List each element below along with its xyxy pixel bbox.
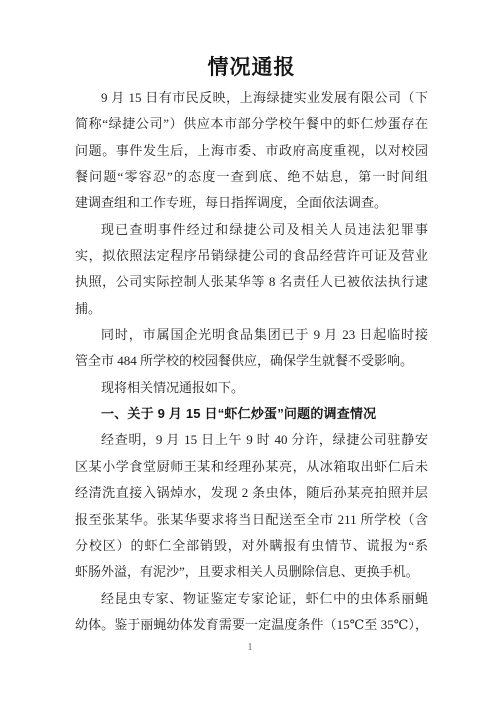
paragraph-line: 虾肠外溢，有泥沙”，且要求相关人员删除信息、更换手机。 bbox=[75, 559, 428, 585]
paragraph-line: 经昆虫专家、物证鉴定专家论证，虾仁中的虫体系丽蝇 bbox=[75, 586, 428, 612]
document-page: 情况通报 9 月 15 日有市民反映，上海绿捷实业发展有限公司（下 简称“绿捷公… bbox=[0, 0, 500, 707]
document-body: 情况通报 9 月 15 日有市民反映，上海绿捷实业发展有限公司（下 简称“绿捷公… bbox=[75, 49, 428, 638]
paragraph-line: 餐问题“零容忍”的态度一查到底、绝不姑息，第一时间组 bbox=[75, 164, 428, 190]
paragraph-line: 幼体。鉴于丽蝇幼体发育需要一定温度条件（15℃至 35℃）， bbox=[75, 612, 428, 638]
paragraph-line: 9 月 15 日有市民反映，上海绿捷实业发展有限公司（下 bbox=[75, 85, 428, 111]
paragraph-line: 现已查明事件经过和绿捷公司及相关人员违法犯罪事 bbox=[75, 217, 428, 243]
paragraph-line: 现将相关情况通报如下。 bbox=[75, 375, 428, 401]
paragraph-line: 分校区）的虾仁全部销毁，对外瞒报有虫情节、谎报为“系 bbox=[75, 533, 428, 559]
section-heading: 一、关于 9 月 15 日“虾仁炒蛋”问题的调查情况 bbox=[75, 401, 428, 427]
paragraph-line: 简称“绿捷公司”）供应本市部分学校午餐中的虾仁炒蛋存在 bbox=[75, 111, 428, 137]
paragraph-line: 同时，市属国企光明食品集团已于 9 月 23 日起临时接 bbox=[75, 322, 428, 348]
paragraph-line: 经查明，9 月 15 日上午 9 时 40 分许，绿捷公司驻静安 bbox=[75, 427, 428, 453]
paragraph-line: 区某小学食堂厨师王某和经理孙某亮，从冰箱取出虾仁后未 bbox=[75, 454, 428, 480]
paragraph-line: 问题。事件发生后，上海市委、市政府高度重视，以对校园 bbox=[75, 138, 428, 164]
paragraph-line: 经清洗直接入锅焯水，发现 2 条虫体，随后孙某亮拍照并层 bbox=[75, 480, 428, 506]
paragraph-line: 执照，公司实际控制人张某华等 8 名责任人已被依法执行逮 bbox=[75, 269, 428, 295]
paragraph-line: 管全市 484 所学校的校园餐供应，确保学生就餐不受影响。 bbox=[75, 348, 428, 374]
page-number: 1 bbox=[0, 641, 500, 655]
paragraph-line: 建调查组和工作专班，每日指挥调度，全面依法调查。 bbox=[75, 190, 428, 216]
paragraph-line: 捕。 bbox=[75, 296, 428, 322]
document-title: 情况通报 bbox=[75, 49, 428, 85]
paragraph-line: 报至张某华。张某华要求将当日配送至全市 211 所学校（含 bbox=[75, 507, 428, 533]
paragraph-line: 实，拟依照法定程序吊销绿捷公司的食品经营许可证及营业 bbox=[75, 243, 428, 269]
